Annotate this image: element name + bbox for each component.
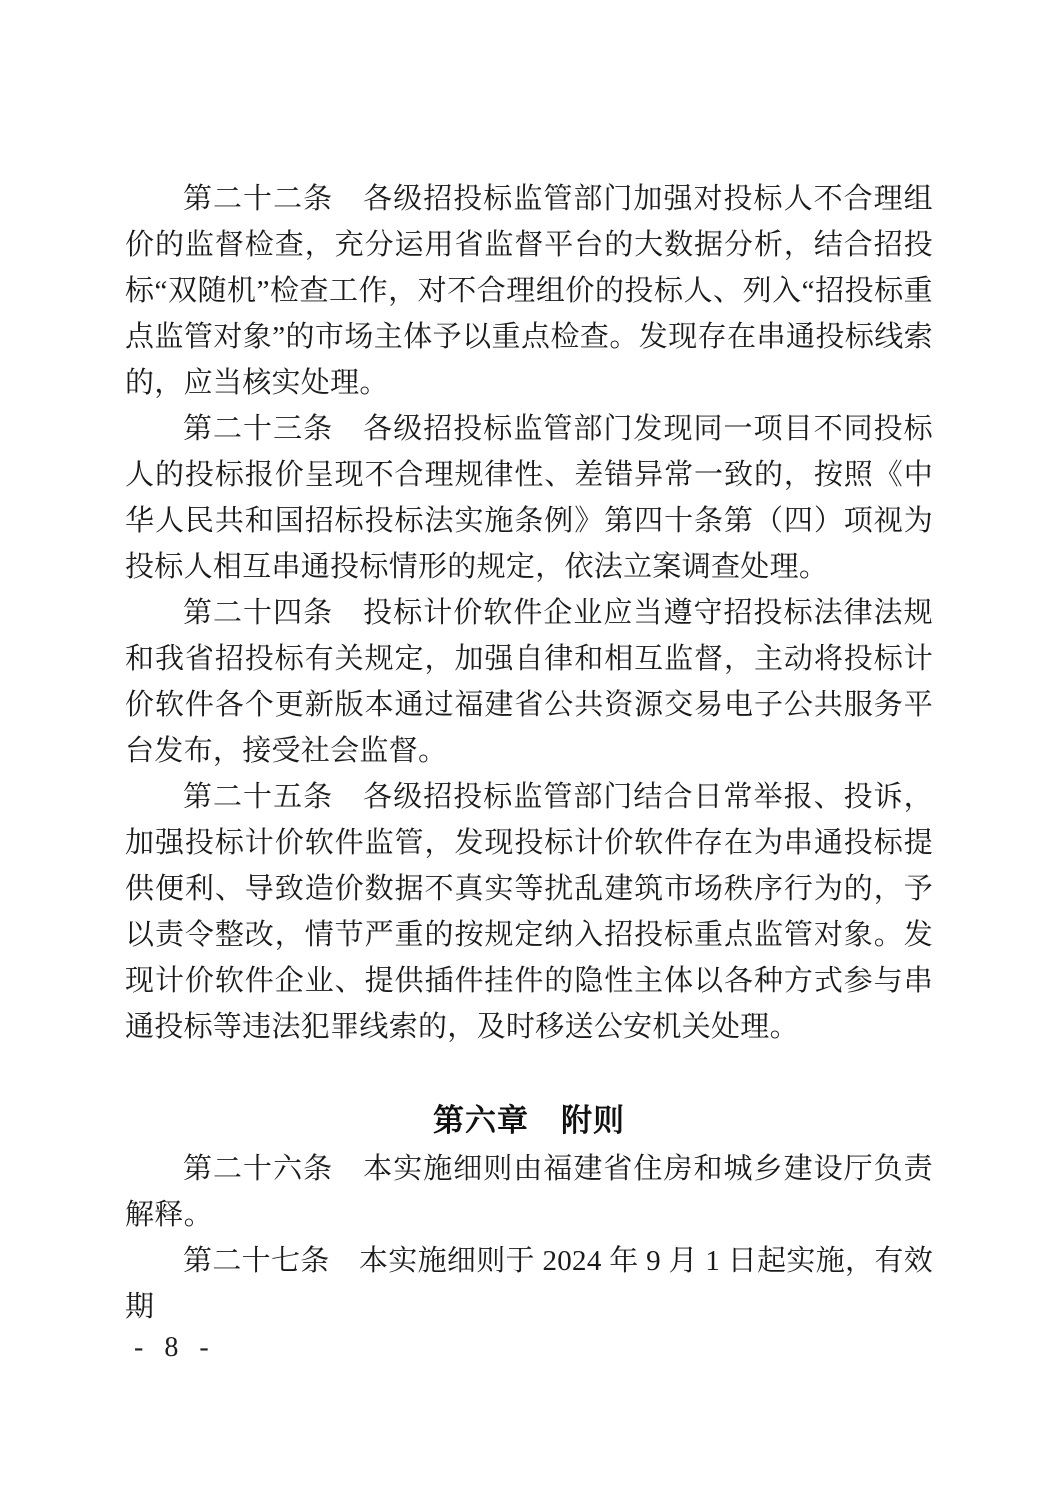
page-number: - 8 - [134,1330,216,1366]
document-content: 第二十二条 各级招投标监管部门加强对投标人不合理组价的监督检查，充分运用省监督平… [125,176,933,1330]
paragraph-article-25: 第二十五条 各级招投标监管部门结合日常举报、投诉，加强投标计价软件监管，发现投标… [125,774,933,1050]
paragraph-article-26: 第二十六条 本实施细则由福建省住房和城乡建设厅负责解释。 [125,1146,933,1238]
chapter-heading: 第六章 附则 [125,1098,933,1144]
paragraph-article-27: 第二十七条 本实施细则于 2024 年 9 月 1 日起实施，有效期 [125,1238,933,1330]
document-page: 第二十二条 各级招投标监管部门加强对投标人不合理组价的监督检查，充分运用省监督平… [0,0,1060,1500]
paragraph-article-22: 第二十二条 各级招投标监管部门加强对投标人不合理组价的监督检查，充分运用省监督平… [125,176,933,406]
paragraph-article-23: 第二十三条 各级招投标监管部门发现同一项目不同投标人的投标报价呈现不合理规律性、… [125,406,933,590]
paragraph-article-24: 第二十四条 投标计价软件企业应当遵守招投标法律法规和我省招投标有关规定，加强自律… [125,590,933,774]
